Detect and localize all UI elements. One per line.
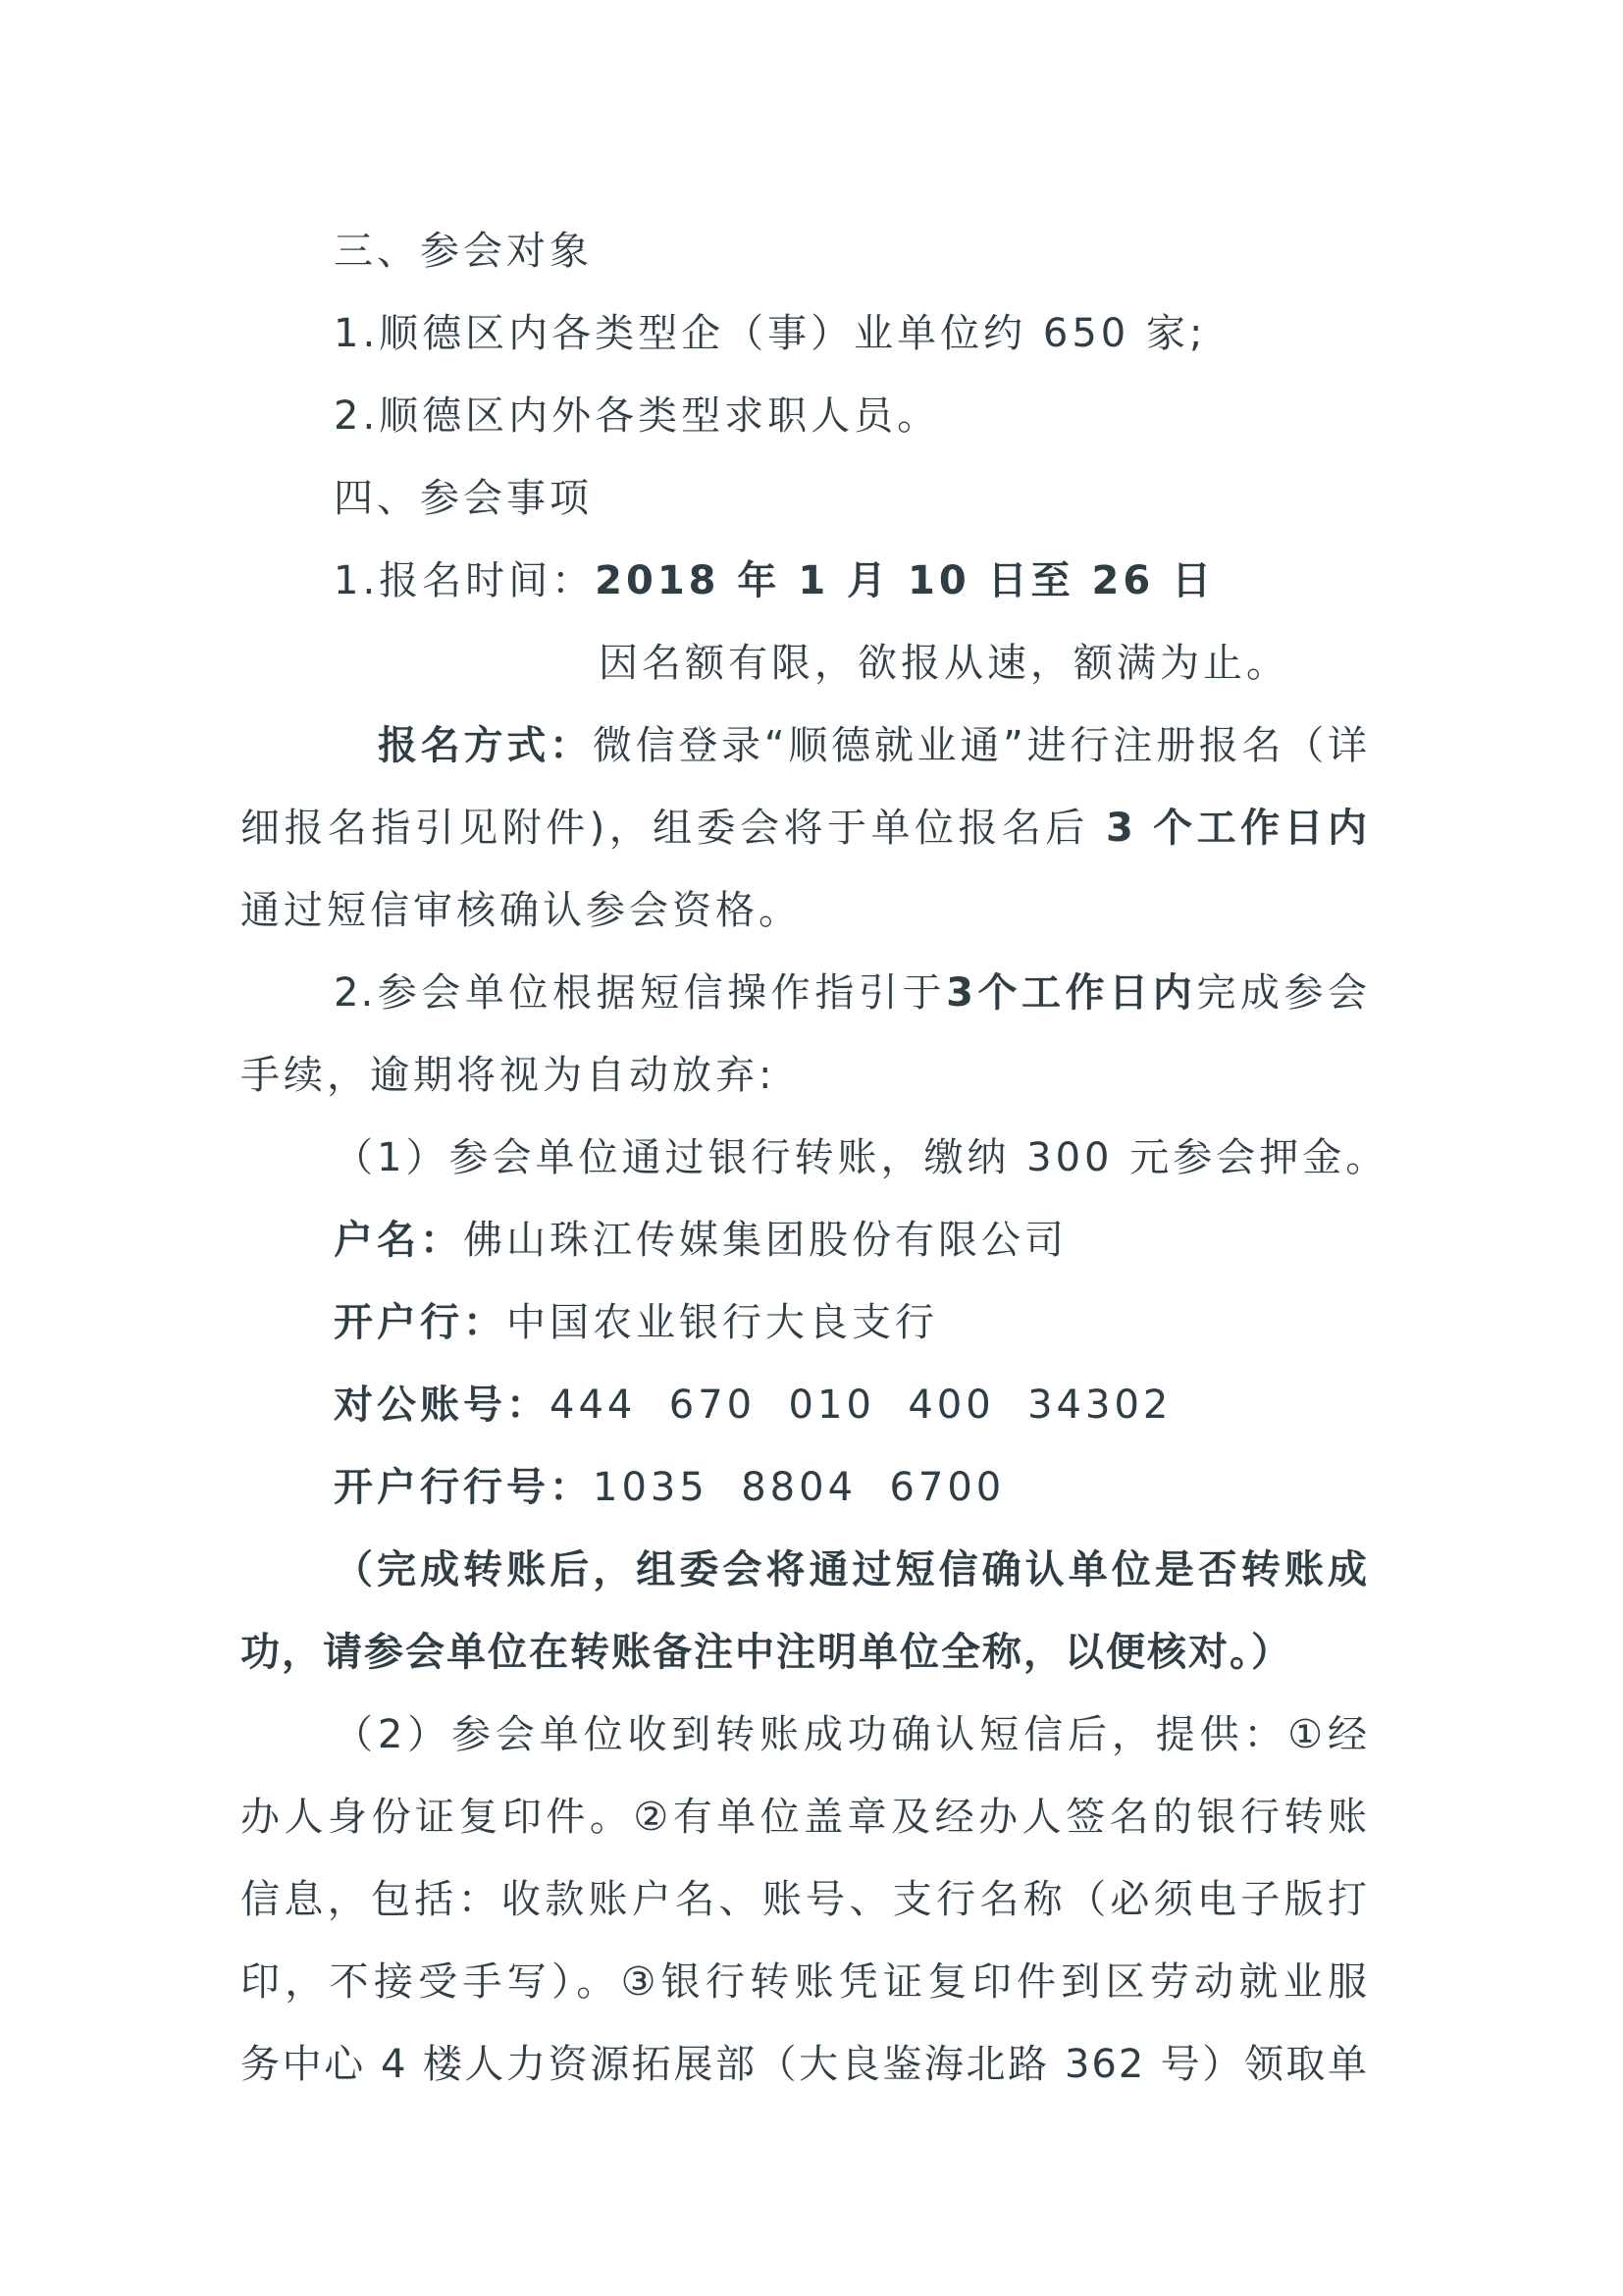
account-number-row: 对公账号：444 670 010 400 34302	[334, 1378, 1172, 1433]
section-3-item-2: 2.顺德区内外各类型求职人员。	[334, 389, 940, 444]
registration-method-label: 报名方式：	[378, 723, 593, 768]
materials-line-3: 信息，包括：收款账户名、账号、支行名称（必须电子版打	[240, 1872, 1369, 1927]
item-2-text-c: 完成参会	[1196, 970, 1369, 1016]
registration-method-text: 微信登录“顺德就业通”进行注册报名（详	[593, 723, 1369, 768]
account-number-label: 对公账号：	[334, 1383, 550, 1428]
transfer-notice-line-2: 功，请参会单位在转账备注中注明单位全称，以便核对。）	[240, 1625, 1292, 1680]
account-number-value: 444 670 010 400 34302	[550, 1383, 1172, 1428]
transfer-notice-line-1: （完成转账后，组委会将通过短信确认单位是否转账成	[334, 1542, 1369, 1597]
materials-line-4: 印，不接受手写）。③银行转账凭证复印件到区劳动就业服	[240, 1955, 1369, 2009]
registration-time-value: 2018 年 1 月 10 日至 26 日	[595, 558, 1215, 603]
bank-code-value: 1035 8804 6700	[593, 1465, 1005, 1510]
registration-method-line-3: 通过短信审核确认参会资格。	[240, 883, 802, 938]
materials-line-1: （2）参会单位收到转账成功确认短信后，提供：①经	[334, 1707, 1369, 1762]
registration-method-text-2: 细报名指引见附件)，组委会将于单位报名后	[240, 806, 1106, 851]
bank-value: 中国农业银行大良支行	[506, 1300, 938, 1345]
deposit-instruction: （1）参会单位通过银行转账，缴纳 300 元参会押金。	[334, 1130, 1388, 1185]
item-2-line-1: 2.参会单位根据短信操作指引于3个工作日内完成参会	[334, 965, 1369, 1020]
item-2-emphasis: 3个工作日内	[946, 970, 1196, 1016]
account-name-value: 佛山珠江传媒集团股份有限公司	[463, 1218, 1068, 1263]
registration-note: 因名额有限，欲报从速，额满为止。	[599, 636, 1289, 691]
working-days-emphasis: 3 个工作日内	[1106, 806, 1369, 851]
item-2-text-a: 2.参会单位根据短信操作指引于	[334, 970, 946, 1016]
registration-time: 1.报名时间：2018 年 1 月 10 日至 26 日	[334, 553, 1215, 608]
registration-time-label: 1.报名时间：	[334, 558, 595, 603]
bank-label: 开户行：	[334, 1300, 506, 1345]
registration-method-line-2: 细报名指引见附件)，组委会将于单位报名后 3 个工作日内	[240, 801, 1369, 856]
item-2-line-2: 手续，逾期将视为自动放弃:	[240, 1048, 775, 1103]
bank-code-row: 开户行行号：1035 8804 6700	[334, 1460, 1005, 1515]
section-4-heading: 四、参会事项	[334, 471, 593, 526]
materials-line-5: 务中心 4 楼人力资源拓展部（大良鉴海北路 362 号）领取单	[240, 2037, 1369, 2092]
bank-row: 开户行：中国农业银行大良支行	[334, 1295, 938, 1350]
registration-method-line-1: 报名方式：微信登录“顺德就业通”进行注册报名（详	[378, 718, 1369, 773]
section-3-heading: 三、参会对象	[334, 224, 593, 279]
section-3-item-1: 1.顺德区内各类型企（事）业单位约 650 家;	[334, 306, 1206, 361]
account-name-label: 户名：	[334, 1218, 463, 1263]
materials-line-2: 办人身份证复印件。②有单位盖章及经办人签名的银行转账	[240, 1790, 1369, 1845]
bank-code-label: 开户行行号：	[334, 1465, 593, 1510]
account-name-row: 户名：佛山珠江传媒集团股份有限公司	[334, 1213, 1068, 1268]
